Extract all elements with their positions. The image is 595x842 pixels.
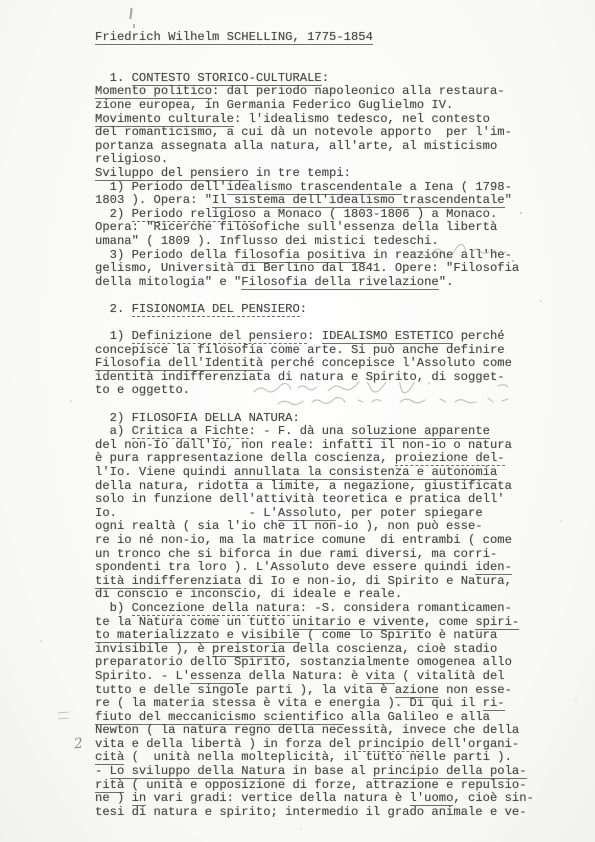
scan-speck	[133, 24, 135, 28]
text-line: 2. FISIONOMIA DEL PENSIERO:	[95, 303, 534, 317]
text-line: preparatorio dello Spirito, sostanzialme…	[95, 656, 534, 670]
text-line: ogni realtà ( sia l'io che il non-io ), …	[95, 520, 534, 534]
typewritten-text: Friedrich Wilhelm SCHELLING, 1775-1854 1…	[95, 31, 534, 819]
pencil-margin-dash	[58, 712, 69, 720]
scan-speck	[129, 8, 132, 19]
blank-line	[95, 58, 534, 72]
text-line: 1) Definizione del pensiero: IDEALISMO E…	[95, 330, 534, 344]
text-line: gelismo, Università di Berlino dal 1841.…	[95, 262, 534, 276]
text-line: è pura rappresentazione della coscienza,…	[95, 452, 534, 466]
text-line: di conscio e inconscio, di ideale e real…	[95, 588, 534, 602]
text-line: solo in funzione dell'attività teoretica…	[95, 493, 534, 507]
text-line: re io né non-io, ma la matrice comune di…	[95, 534, 534, 548]
text-line: del romanticismo, a cui dà un notevole a…	[95, 126, 534, 140]
text-line: tesi di natura e spirito; intermedio il …	[95, 806, 534, 820]
text-line: Newton ( la natura regno della necessità…	[95, 724, 534, 738]
scan-noise	[0, 0, 2, 2]
blank-line	[95, 289, 534, 303]
text-line: 1803 ). Opera: "Il sistema dell'idealism…	[95, 194, 534, 208]
pencil-annotation-header	[250, 382, 525, 414]
text-line: religioso.	[95, 153, 534, 167]
text-line: to materializzato e visibile ( come lo S…	[95, 629, 534, 643]
text-line: della mitologia" e "Filosofia della rive…	[95, 276, 534, 290]
text-line: re ( la materia stessa è vita e energia …	[95, 697, 534, 711]
text-line: Filosofia dell'Identità perché concepisc…	[95, 357, 534, 371]
text-line: Momento politico: dal periodo napoleonic…	[95, 85, 534, 99]
text-line: spondenti tra loro ). L'Assoluto deve es…	[95, 561, 534, 575]
blank-line	[95, 45, 534, 59]
text-line: a) Critica a Fichte: - F. dà una soluzio…	[95, 425, 534, 439]
text-line: zione europea, in Germania Federico Gugl…	[95, 99, 534, 113]
text-line: l'Io. Viene quindi annullata la consiste…	[95, 466, 534, 480]
text-line: ne ) in vari gradi: vertice della natura…	[95, 792, 534, 806]
text-line: b) Concezione della natura: -S. consider…	[95, 602, 534, 616]
text-line: Friedrich Wilhelm SCHELLING, 1775-1854	[95, 31, 534, 45]
text-line: Sviluppo del pensiero in tre tempi:	[95, 167, 534, 181]
text-line: Opera: "Ricerche filosofiche sull'essenz…	[95, 221, 534, 235]
text-line: - Lo sviluppo della Natura in base al pr…	[95, 765, 534, 779]
pencil-annotation-mid	[410, 244, 525, 262]
scanned-page: Friedrich Wilhelm SCHELLING, 1775-1854 1…	[0, 0, 595, 842]
text-line: Spirito. - L'essenza della Natura: è vit…	[95, 670, 534, 684]
pencil-margin-mark: 2	[73, 736, 84, 753]
